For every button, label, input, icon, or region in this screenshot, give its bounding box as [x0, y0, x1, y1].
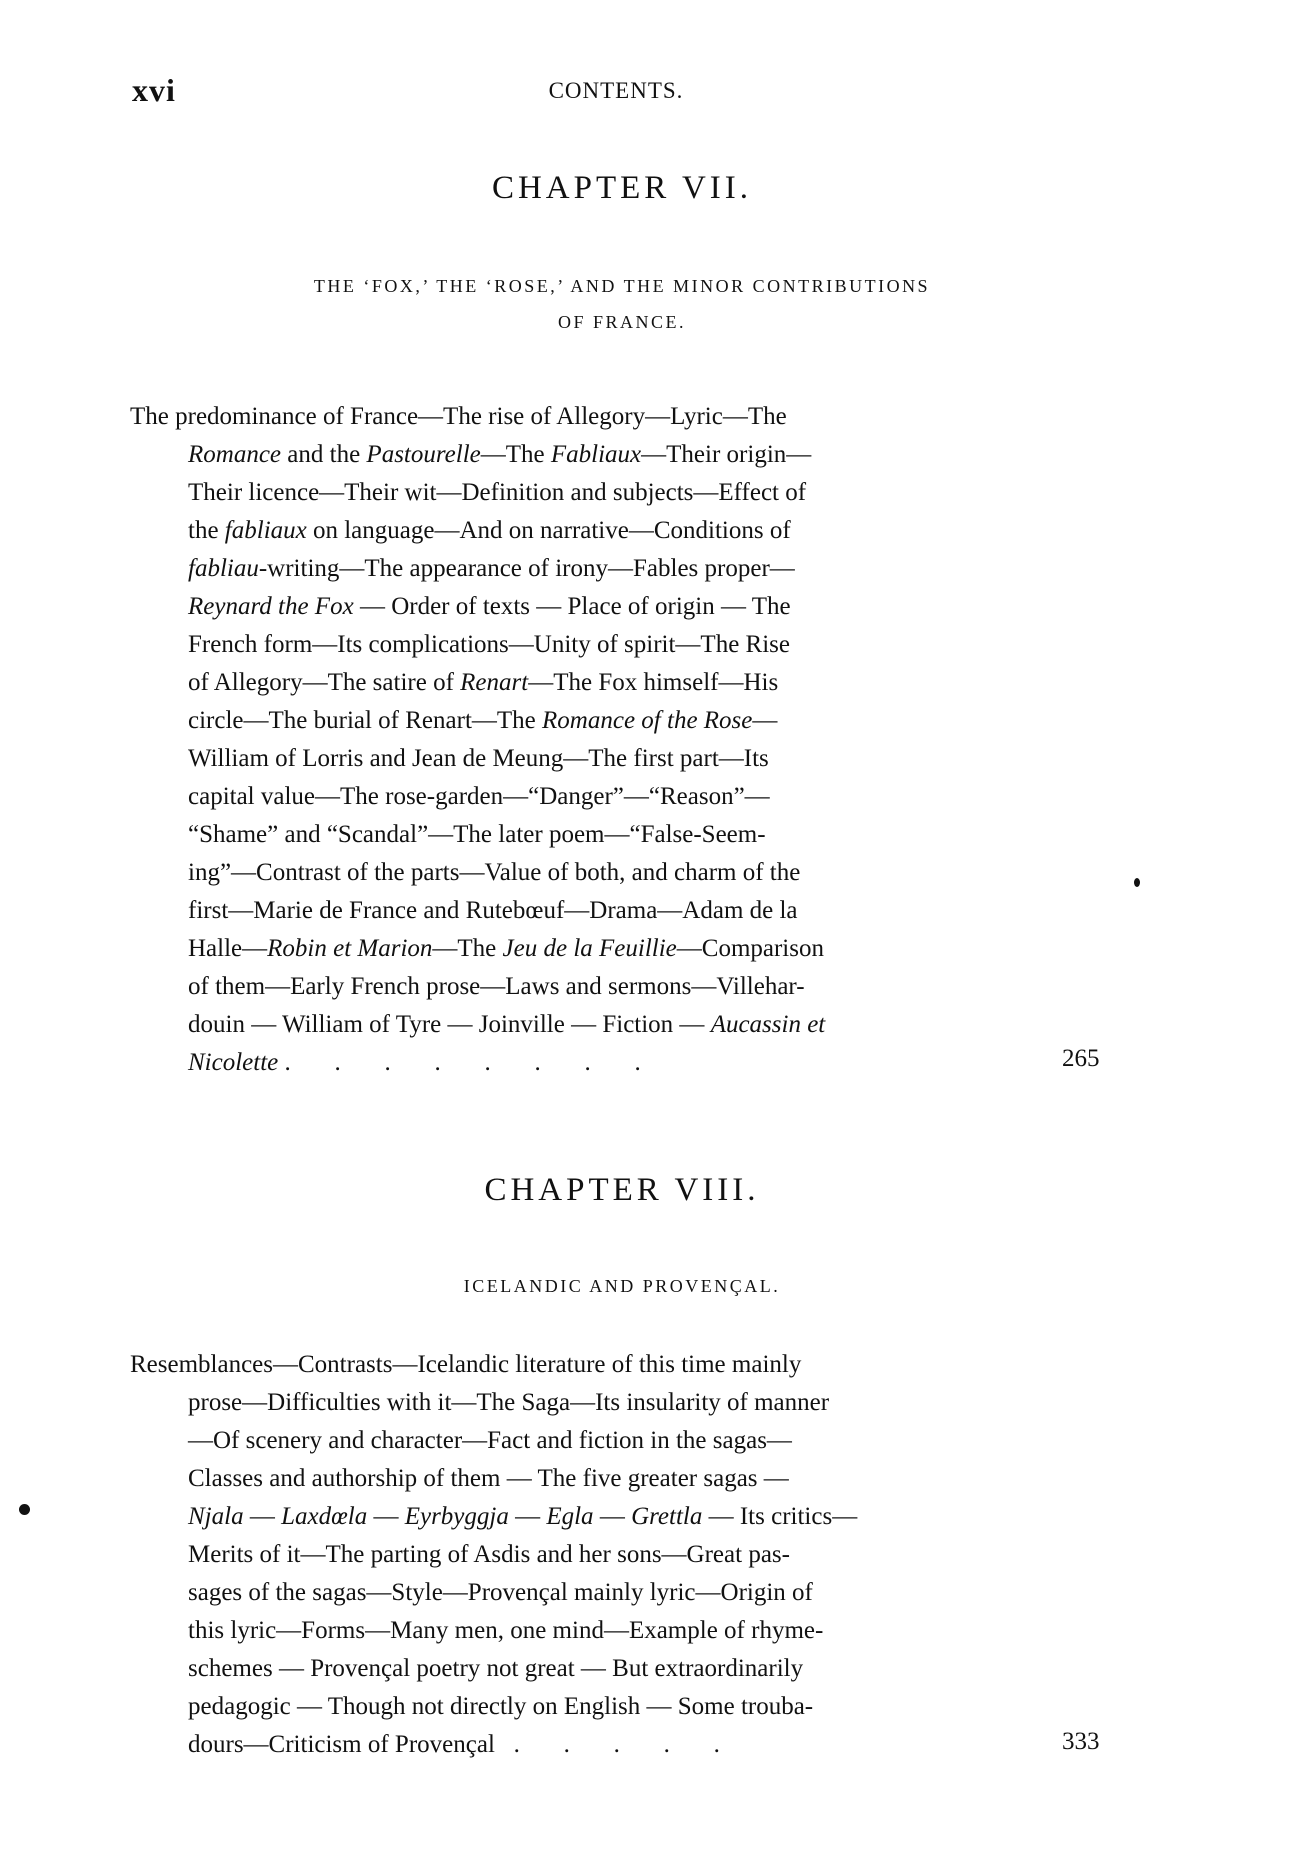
text-run: ing”—Contrast of the parts—Value of both… — [188, 859, 800, 886]
synopsis-line: “Shame” and “Scandal”—The later poem—“Fa… — [130, 816, 1025, 854]
text-run: —The Fox himself—His — [528, 669, 778, 696]
text-run: of them—Early French prose—Laws and serm… — [188, 973, 805, 1000]
chapter-subtitle-line: ICELANDIC AND PROVENÇAL. — [150, 1268, 1094, 1304]
synopsis-line: the fabliaux on language—And on narrativ… — [130, 512, 1025, 550]
text-run: of Allegory—The satire of — [188, 669, 460, 696]
text-run: the — [188, 517, 225, 544]
synopsis-line: ing”—Contrast of the parts—Value of both… — [130, 854, 1025, 892]
synopsis-line: first—Marie de France and Rutebœuf—Drama… — [130, 892, 1025, 930]
text-run: capital value—The rose-garden—“Danger”—“… — [188, 783, 770, 810]
text-run: pedagogic — Though not directly on Engli… — [188, 1693, 813, 1720]
italic-title: Renart — [460, 669, 528, 696]
text-run: this lyric—Forms—Many men, one mind—Exam… — [188, 1617, 823, 1644]
synopsis-line: Njala — Laxdœla — Eyrbyggja — Egla — Gre… — [130, 1498, 1025, 1536]
text-run: circle—The burial of Renart—The — [188, 707, 542, 734]
chapter-synopsis: Resemblances—Contrasts—Icelandic literat… — [130, 1346, 1025, 1764]
text-run: — — [594, 1503, 632, 1530]
text-run: —The — [481, 441, 551, 468]
page-number: 265 — [1062, 1045, 1100, 1073]
ink-spot — [19, 1504, 30, 1515]
italic-title: Jeu de la Feuillie — [503, 935, 677, 962]
synopsis-line: circle—The burial of Renart—The Romance … — [130, 702, 1025, 740]
chapter-subtitle-line: THE ‘FOX,’ THE ‘ROSE,’ AND THE MINOR CON… — [150, 268, 1094, 304]
synopsis-line: prose—Difficulties with it—The Saga—Its … — [130, 1384, 1025, 1422]
text-run: “Shame” and “Scandal”—The later poem—“Fa… — [188, 821, 766, 848]
text-run: on language—And on narrative—Conditions … — [307, 517, 791, 544]
synopsis-line: schemes — Provençal poetry not great — B… — [130, 1650, 1025, 1688]
italic-title: Romance of the Rose — [542, 707, 752, 734]
synopsis-line: this lyric—Forms—Many men, one mind—Exam… — [130, 1612, 1025, 1650]
chapter-synopsis: The predominance of France—The rise of A… — [130, 398, 1025, 1082]
running-head: CONTENTS. — [0, 78, 1232, 104]
text-run: —Comparison — [677, 935, 824, 962]
text-run: — Its critics— — [702, 1503, 857, 1530]
synopsis-line: pedagogic — Though not directly on Engli… — [130, 1688, 1025, 1726]
text-run: Resemblances—Contrasts—Icelandic literat… — [130, 1351, 801, 1378]
text-run: — — [509, 1503, 547, 1530]
italic-title: Aucassin et — [711, 1011, 826, 1038]
italic-title: Pastourelle — [366, 441, 480, 468]
text-run: and the — [281, 441, 366, 468]
italic-title: Nicolette — [188, 1049, 278, 1076]
synopsis-line: Classes and authorship of them — The fiv… — [130, 1460, 1025, 1498]
dot-leader: dours—Criticism of Provençal . . . . . — [188, 1731, 720, 1758]
italic-title: Egla — [546, 1503, 593, 1530]
text-run: Classes and authorship of them — The fiv… — [188, 1465, 789, 1492]
synopsis-line: Merits of it—The parting of Asdis and he… — [130, 1536, 1025, 1574]
synopsis-line: Their licence—Their wit—Definition and s… — [130, 474, 1025, 512]
italic-title: Njala — [188, 1503, 244, 1530]
text-run: — Order of texts — Place of origin — The — [354, 593, 791, 620]
synopsis-line: Romance and the Pastourelle—The Fabliaux… — [130, 436, 1025, 474]
synopsis-line: The predominance of France—The rise of A… — [130, 398, 1025, 436]
text-run: — — [244, 1503, 282, 1530]
text-run: The predominance of France—The rise of A… — [130, 403, 793, 430]
synopsis-line: Reynard the Fox — Order of texts — Place… — [130, 588, 1025, 626]
italic-title: Robin et Marion — [267, 935, 432, 962]
text-run: Merits of it—The parting of Asdis and he… — [188, 1541, 790, 1568]
synopsis-line: Nicolette . . . . . . . . — [130, 1044, 1025, 1082]
synopsis-line: douin — William of Tyre — Joinville — Fi… — [130, 1006, 1025, 1044]
chapter-subtitle: THE ‘FOX,’ THE ‘ROSE,’ AND THE MINOR CON… — [150, 268, 1094, 340]
synopsis-line: dours—Criticism of Provençal . . . . . — [130, 1726, 1025, 1764]
italic-title: Reynard the Fox — [188, 593, 354, 620]
chapter-title: CHAPTER VIII. — [0, 1172, 1244, 1209]
italic-title: Laxdœla — [281, 1503, 367, 1530]
synopsis-line: William of Lorris and Jean de Meung—The … — [130, 740, 1025, 778]
synopsis-line: Halle—Robin et Marion—The Jeu de la Feui… — [130, 930, 1025, 968]
text-run: —Of scenery and character—Fact and ficti… — [188, 1427, 792, 1454]
text-run: Their licence—Their wit—Definition and s… — [188, 479, 806, 506]
text-run: prose—Difficulties with it—The Saga—Its … — [188, 1389, 829, 1416]
page-number: 333 — [1062, 1728, 1100, 1756]
text-run: —The — [432, 935, 502, 962]
synopsis-line: sages of the sagas—Style—Provençal mainl… — [130, 1574, 1025, 1612]
synopsis-line: of them—Early French prose—Laws and serm… — [130, 968, 1025, 1006]
text-run: French form—Its complications—Unity of s… — [188, 631, 790, 658]
text-run: —Their origin— — [641, 441, 811, 468]
text-run: -writing—The appearance of irony—Fables … — [259, 555, 795, 582]
synopsis-line: fabliau-writing—The appearance of irony—… — [130, 550, 1025, 588]
synopsis-line: of Allegory—The satire of Renart—The Fox… — [130, 664, 1025, 702]
synopsis-line: Resemblances—Contrasts—Icelandic literat… — [130, 1346, 1025, 1384]
text-run: schemes — Provençal poetry not great — B… — [188, 1655, 803, 1682]
italic-title: fabliau — [188, 555, 259, 582]
text-run: first—Marie de France and Rutebœuf—Drama… — [188, 897, 798, 924]
italic-title: Romance — [188, 441, 281, 468]
synopsis-line: capital value—The rose-garden—“Danger”—“… — [130, 778, 1025, 816]
synopsis-line: —Of scenery and character—Fact and ficti… — [130, 1422, 1025, 1460]
ink-spot — [1134, 878, 1140, 887]
chapter-title: CHAPTER VII. — [0, 170, 1244, 207]
synopsis-line: French form—Its complications—Unity of s… — [130, 626, 1025, 664]
italic-title: fabliaux — [225, 517, 307, 544]
italic-title: Eyrbyggja — [405, 1503, 509, 1530]
text-run: — — [367, 1503, 405, 1530]
dot-leader: . . . . . . . . — [278, 1049, 641, 1076]
text-run: sages of the sagas—Style—Provençal mainl… — [188, 1579, 813, 1606]
italic-title: Grettla — [631, 1503, 702, 1530]
text-run: — — [752, 707, 777, 734]
italic-title: Fabliaux — [551, 441, 641, 468]
text-run: Halle— — [188, 935, 267, 962]
chapter-subtitle-line: OF FRANCE. — [150, 304, 1094, 340]
chapter-subtitle: ICELANDIC AND PROVENÇAL. — [150, 1268, 1094, 1304]
text-run: douin — William of Tyre — Joinville — Fi… — [188, 1011, 711, 1038]
text-run: William of Lorris and Jean de Meung—The … — [188, 745, 769, 772]
